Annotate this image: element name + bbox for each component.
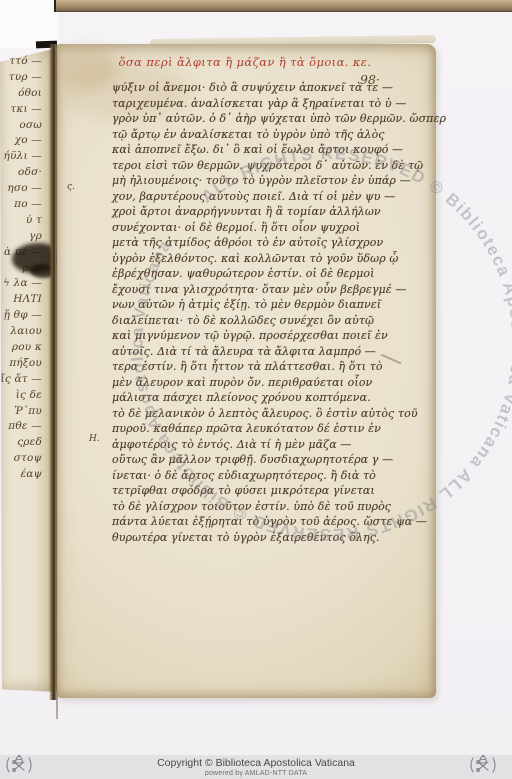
facing-page-line-fragment: οδσ· [0, 165, 42, 181]
manuscript-line: μὲν ἄλευρον καὶ πυρὸν ὄν. περιθραύεται ο… [112, 375, 380, 391]
facing-page-line-fragment: τκι — [0, 102, 42, 118]
manuscript-line: ἐβρέχθησαν. ψαθυρώτερον ἐστίν. οἱ δὲ θερ… [112, 266, 380, 282]
manuscript-line: οὕτως ἂν μᾶλλον τριφθῇ. δυσδιαχωρητοτέρα… [112, 452, 380, 468]
manuscript-line: χροὶ ἄρτοι ἀναρρήγνυνται ἢ ἃ τομίαν ἀλλή… [112, 204, 380, 220]
binding-edge-mark [54, 0, 56, 12]
manuscript-line: μάλιστα πάσχει πλείονος χρόνου κοπτόμενα… [112, 390, 380, 406]
facing-page-line-fragment: στοψ [0, 451, 42, 467]
manuscript-line: τῷ ἄρτῳ ἐν ἀναλίσκεται τὸ ὑγρὸν ὑπὸ τῆς … [112, 127, 380, 143]
facing-page-line-fragment: ϟ λα — [0, 276, 42, 292]
manuscript-line: τὸ δὲ γλίσχρον τοιοῦτον ἐστίν. ὑπὸ δὲ το… [112, 499, 380, 515]
facing-page-line-fragment: ησο — [0, 181, 42, 197]
upper-page-edge-strip [54, 0, 512, 12]
manuscript-line: αὐτοῖς. Διὰ τί τὰ ἄλευρα τὰ ἄλφιτα λαμπρ… [112, 344, 380, 360]
footer-powered-by-text: powered by AMLAD-NTT DATA [205, 769, 307, 778]
footer-copyright-text: Copyright © Biblioteca Apostolica Vatica… [157, 757, 355, 769]
facing-page-line-fragment: ρου κ [0, 340, 42, 356]
manuscript-line: ίνεται· ὁ δὲ ἄρτος εὐδιαχωρητότερος. ἢ δ… [112, 468, 380, 484]
manuscript-line: συνέχονται· οἱ δὲ θερμοί. ἢ ὅτι οἷον ψυχ… [112, 220, 380, 236]
facing-page-line-fragment: πο — [0, 197, 42, 213]
manuscript-line: ταριχευμένα. ἀναλίσκεται γὰρ ἃ ξηραίνετα… [112, 96, 380, 112]
vatican-keys-emblem-icon [4, 753, 34, 777]
manuscript-line: ἀμφοτέροις τὸ ἐντός. Διὰ τί ἡ μὲν μᾶζα — [112, 437, 380, 453]
manuscript-line: καὶ ἀποπνεῖ ἔξω. δι᾽ ὃ καὶ οἱ ἕωλοι ἄρτο… [112, 142, 380, 158]
manuscript-line: πάντα λύεται ἐξῄρηται τὸ ὑγρὸν τοῦ ἀέρος… [112, 514, 380, 530]
manuscript-line: διαλείπεται· τὸ δὲ κολλῶδες συνέχει ὂν α… [112, 313, 380, 329]
facing-page-line-fragment: οσω [0, 118, 42, 134]
manuscript-text-block: ψύξιν οἱ ἄνεμοι· διὸ ἃ συψύχειν ἀποκνεῖ … [112, 80, 380, 545]
manuscript-line: τεροι εἰσὶ τῶν θερμῶν. ψυχρότεροι δ᾽ αὐτ… [112, 158, 380, 174]
margin-mark: Η. [89, 434, 100, 444]
facing-page-line-fragment: λαιου [0, 324, 42, 340]
manuscript-line: πυροῦ. καθάπερ πρῶτα λευκότατον δέ ἐστιν… [112, 421, 380, 437]
manuscript-line: τερα ἐστίν. ἢ ὅτι ἧττον τὰ πλάττεσθαι. ἢ… [112, 359, 380, 375]
facing-page-line-fragment: ᾕ θφ — [0, 308, 42, 324]
manuscript-line: θυρωτέρα γίνεται τὸ ὑγρὸν ἐξαιρεθέντος ὅ… [112, 530, 380, 546]
facing-page-line-fragment: χο — [0, 133, 42, 149]
chapter-title-rubric: ὅσα περὶ ἄλφιτα ἢ μάζαν ἢ τὰ ὅμοια. κε. [100, 55, 390, 69]
facing-page-line-fragment: ἴς ἄτ — [0, 372, 42, 388]
manuscript-line: νων αὐτῶν ἡ ἀτμὶς ἐξίῃ. τὸ μὲν θερμὸν δι… [112, 297, 380, 313]
facing-page-line-fragment: ήϋλι — [0, 149, 42, 165]
facing-page-line-fragment: πθε — [0, 419, 42, 435]
gutter-shadow [49, 44, 58, 700]
facing-page-line-fragment: ττό — [0, 54, 42, 70]
manuscript-line: καὶ μιγνύμενον τῷ ὑγρῷ. προσέρχεσθαι ποι… [112, 328, 380, 344]
manuscript-line: ὑγρὸν ἐξελθόντος. καὶ κολλῶνται τὸ γοῦν … [112, 251, 380, 267]
footer-bar: Copyright © Biblioteca Apostolica Vatica… [0, 755, 512, 779]
facing-page-line-fragment: έαψ [0, 467, 42, 483]
manuscript-line: μὴ ἡλιουμένοις· τοῦτο τὸ ὑγρὸν πλεῖστον … [112, 173, 380, 189]
facing-page-line-fragment: πήξου [0, 356, 42, 372]
facing-page-line-fragment: ύ τ [0, 213, 42, 229]
facing-page-line-fragment: Ῥ᾽πυ [0, 404, 42, 420]
manuscript-line: ψύξιν οἱ ἄνεμοι· διὸ ἃ συψύχειν ἀποκνεῖ … [112, 80, 380, 96]
manuscript-line: τὸ δὲ μελανικὸν ὁ λεπτὸς ἄλευρος. ὃ ἐστὶ… [112, 406, 380, 422]
facing-page-line-fragment: ςρεδ [0, 435, 42, 451]
manuscript-scan: ττό —τυρ —όθοιτκι —οσωχο —ήϋλι —οδσ·ησο … [0, 0, 512, 779]
facing-page-line-fragment: ΗΛΤΙ [0, 292, 42, 308]
manuscript-line: μετὰ τῆς ἀτμίδος ἀθρόοι τὸ ἐν αὐτοῖς γλί… [112, 235, 380, 251]
manuscript-line: ἔχουσί τινα γλισχρότητα· ὅταν μὲν οὖν βε… [112, 282, 380, 298]
facing-page-line-fragment: τυρ — [0, 70, 42, 86]
manuscript-line: χον, βαρυτέρους αὐτοὺς ποιεῖ. Διὰ τί οἱ … [112, 189, 380, 205]
margin-mark: ς. [67, 182, 75, 192]
vatican-keys-emblem-icon [468, 753, 498, 777]
facing-page-line-fragment: ὶς δε [0, 388, 42, 404]
manuscript-line: τετρῖφθαι σφόδρα τὸ φύσει μικρότερα γίνε… [112, 483, 380, 499]
facing-page-line-fragment: όθοι [0, 86, 42, 102]
manuscript-line: γρὸν ὑπ᾽ αὐτῶν. ὁ δ᾽ ἀὴρ ψύχεται ὑπὸ τῶν… [112, 111, 380, 127]
gutter-shadow-tail [56, 692, 58, 719]
